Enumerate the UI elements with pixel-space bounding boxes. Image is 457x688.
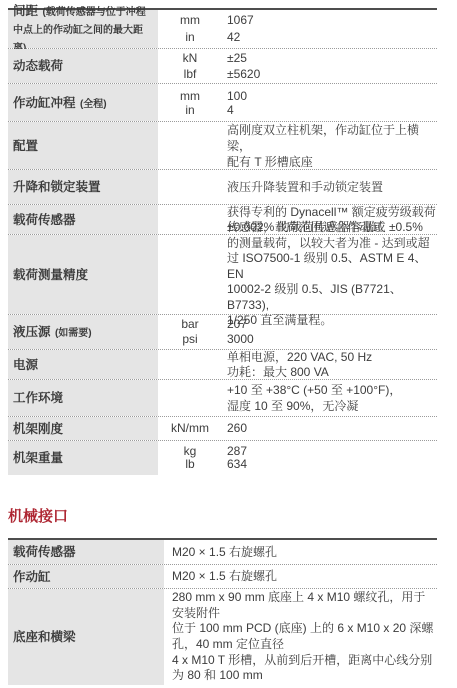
value: 100 — [227, 89, 437, 103]
spec-table-mechanical-interface: 载荷传感器 M20 × 1.5 右旋螺孔 作动缸 M20 × 1.5 右旋螺孔 … — [8, 538, 437, 685]
unit: mm — [158, 12, 222, 29]
row-label-text: 作动缸 — [13, 570, 158, 584]
value-line: 高刚度双立柱机架，作动缸位于上横梁， — [227, 122, 437, 154]
row-power: 电源 单相电源，220 VAC, 50 Hz 功耗：最大 800 VA — [8, 350, 437, 380]
spec-sheet-page: 间距 (载荷传感器与位于冲程中点上的作动缸之间的最大距离) mm in 1067… — [8, 8, 437, 685]
value-column: M20 × 1.5 右旋螺孔 — [164, 540, 437, 564]
unit: psi — [158, 332, 222, 347]
row-label: 载荷传感器 — [8, 540, 164, 564]
row-label-text: 载荷传感器 — [13, 545, 158, 559]
value-line: 功耗：最大 800 VA — [227, 365, 437, 380]
value: 4 — [227, 103, 437, 117]
unit-column: bar psi — [158, 315, 222, 349]
unit-column-spacer — [158, 235, 222, 314]
unit-column: kN/mm — [158, 417, 222, 440]
row-label-text: 动态载荷 — [13, 59, 152, 73]
value-line: 湿度 10 至 90%，无冷凝 — [227, 398, 437, 414]
value: 260 — [227, 421, 437, 436]
unit-column-spacer — [158, 122, 222, 169]
row-label-note: (如需要) — [55, 328, 92, 339]
unit: mm — [158, 89, 222, 103]
section-title-mechanical-interface: 机械接口 — [8, 507, 437, 527]
value-column: ±25 ±5620 — [222, 49, 437, 83]
unit-column: kN lbf — [158, 49, 222, 83]
row-label: 液压源 (如需要) — [8, 315, 158, 349]
unit: in — [158, 103, 222, 117]
unit: kN/mm — [158, 421, 222, 436]
row-actuator-interface: 作动缸 M20 × 1.5 右旋螺孔 — [8, 565, 437, 589]
value-line: 10002-2 级别 0.5、JIS (B7721、B7733), — [227, 282, 437, 313]
value-column: 287 634 — [222, 441, 437, 475]
row-label: 间距 (载荷传感器与位于冲程中点上的作动缸之间的最大距离) — [8, 10, 158, 48]
unit: lb — [158, 458, 222, 472]
unit-column-spacer — [158, 170, 222, 204]
row-label: 电源 — [8, 350, 158, 379]
row-operating-environment: 工作环境 +10 至 +38°C (+50 至 +100°F)， 湿度 10 至… — [8, 380, 437, 417]
row-label-text: 底座和横梁 — [13, 630, 158, 644]
row-configuration: 配置 高刚度双立柱机架，作动缸位于上横梁， 配有 T 形槽底座 — [8, 122, 437, 170]
value: ±5620 — [227, 66, 437, 82]
value-line: 安装附件 — [172, 606, 437, 622]
row-label-text: 载荷传感器 — [13, 213, 152, 227]
row-label: 机架刚度 — [8, 417, 158, 440]
value: ±25 — [227, 50, 437, 66]
unit: bar — [158, 317, 222, 332]
value-line: M20 × 1.5 右旋螺孔 — [172, 545, 437, 560]
value-column: 280 mm x 90 mm 底座上 4 x M10 螺纹孔，用于 安装附件 位… — [164, 589, 437, 685]
unit: kN — [158, 50, 222, 66]
value-line: 位于 100 mm PCD (底座) 上的 6 x M10 x 20 深螺 — [172, 621, 437, 637]
row-label-text: 工作环境 — [13, 391, 152, 405]
value-line: M20 × 1.5 右旋螺孔 — [172, 569, 437, 584]
row-label-note: (全程) — [80, 99, 107, 110]
row-label-text: 机架刚度 — [13, 422, 152, 436]
value-column: 100 4 — [222, 84, 437, 121]
row-lift-lock: 升降和锁定装置 液压升降装置和手动锁定装置 — [8, 170, 437, 205]
value-line: 液压升降装置和手动锁定装置 — [227, 180, 437, 195]
value: 207 — [227, 317, 437, 332]
value-column: 高刚度双立柱机架，作动缸位于上横梁， 配有 T 形槽底座 — [222, 122, 437, 169]
value-line: +10 至 +38°C (+50 至 +100°F)， — [227, 382, 437, 398]
value-line: 为 80 和 100 mm — [172, 668, 437, 684]
value-column: 单相电源，220 VAC, 50 Hz 功耗：最大 800 VA — [222, 350, 437, 379]
row-label: 底座和横梁 — [8, 589, 164, 685]
value-line: ±0.002% 的载荷传感器容量或 ±0.5% — [227, 220, 437, 236]
value-column: 260 — [222, 417, 437, 440]
value: 1067 — [227, 12, 437, 29]
value: 634 — [227, 458, 437, 472]
value-line: 4 x M10 T 形槽，从前到后开槽，距离中心线分别 — [172, 653, 437, 669]
value: 42 — [227, 29, 437, 46]
row-label-text: 机架重量 — [13, 451, 152, 465]
unit-column-spacer — [158, 380, 222, 416]
value-column: +10 至 +38°C (+50 至 +100°F)， 湿度 10 至 90%，… — [222, 380, 437, 416]
row-label-text: 液压源 — [13, 325, 51, 339]
value-line: 的测量载荷，以较大者为准 - 达到或超 — [227, 236, 437, 252]
unit-column: kg lb — [158, 441, 222, 475]
value-column: M20 × 1.5 右旋螺孔 — [164, 565, 437, 588]
row-load-cell-interface: 载荷传感器 M20 × 1.5 右旋螺孔 — [8, 540, 437, 565]
value: 3000 — [227, 332, 437, 347]
row-label-text: 配置 — [13, 139, 152, 153]
row-base-crosshead: 底座和横梁 280 mm x 90 mm 底座上 4 x M10 螺纹孔，用于 … — [8, 589, 437, 685]
value: 287 — [227, 445, 437, 459]
unit-column-spacer — [158, 350, 222, 379]
value-line: 单相电源，220 VAC, 50 Hz — [227, 350, 437, 365]
row-spacing: 间距 (载荷传感器与位于冲程中点上的作动缸之间的最大距离) mm in 1067… — [8, 10, 437, 49]
row-label: 作动缸冲程 (全程) — [8, 84, 158, 121]
unit-column: mm in — [158, 84, 222, 121]
row-label: 载荷传感器 — [8, 205, 158, 234]
row-label: 动态载荷 — [8, 49, 158, 83]
value-line: 280 mm x 90 mm 底座上 4 x M10 螺纹孔，用于 — [172, 590, 437, 606]
spec-table-main: 间距 (载荷传感器与位于冲程中点上的作动缸之间的最大距离) mm in 1067… — [8, 8, 437, 475]
value-column: 207 3000 — [222, 315, 437, 349]
row-label-text: 升降和锁定装置 — [13, 180, 152, 194]
row-label-text: 作动缸冲程 — [13, 96, 76, 110]
value-line: 配有 T 形槽底座 — [227, 154, 437, 170]
unit: lbf — [158, 66, 222, 82]
row-actuator-stroke: 作动缸冲程 (全程) mm in 100 4 — [8, 84, 437, 122]
row-label: 工作环境 — [8, 380, 158, 416]
row-dynamic-load: 动态载荷 kN lbf ±25 ±5620 — [8, 49, 437, 84]
unit-column-spacer — [158, 205, 222, 234]
row-frame-weight: 机架重量 kg lb 287 634 — [8, 441, 437, 475]
value-column: ±0.002% 的载荷传感器容量或 ±0.5% 的测量载荷，以较大者为准 - 达… — [222, 235, 437, 314]
value-line: 孔，40 mm 定位直径 — [172, 637, 437, 653]
unit: in — [158, 29, 222, 46]
row-label-text: 间距 — [13, 4, 38, 18]
row-frame-stiffness: 机架刚度 kN/mm 260 — [8, 417, 437, 441]
unit: kg — [158, 445, 222, 459]
row-label: 配置 — [8, 122, 158, 169]
value-line: 过 ISO7500-1 级别 0.5、ASTM E 4、EN — [227, 251, 437, 282]
row-label: 机架重量 — [8, 441, 158, 475]
row-label: 作动缸 — [8, 565, 164, 588]
row-load-accuracy: 载荷测量精度 ±0.002% 的载荷传感器容量或 ±0.5% 的测量载荷，以较大… — [8, 235, 437, 315]
row-hydraulic-supply: 液压源 (如需要) bar psi 207 3000 — [8, 315, 437, 350]
row-label: 升降和锁定装置 — [8, 170, 158, 204]
value-line: 获得专利的 Dynacell™ 额定疲劳级载荷 — [227, 205, 437, 220]
row-label-text: 电源 — [13, 358, 152, 372]
row-label-text: 载荷测量精度 — [13, 268, 152, 282]
row-label: 载荷测量精度 — [8, 235, 158, 314]
value-column: 液压升降装置和手动锁定装置 — [222, 170, 437, 204]
unit-column: mm in — [158, 10, 222, 48]
value-column: 1067 42 — [222, 10, 437, 48]
